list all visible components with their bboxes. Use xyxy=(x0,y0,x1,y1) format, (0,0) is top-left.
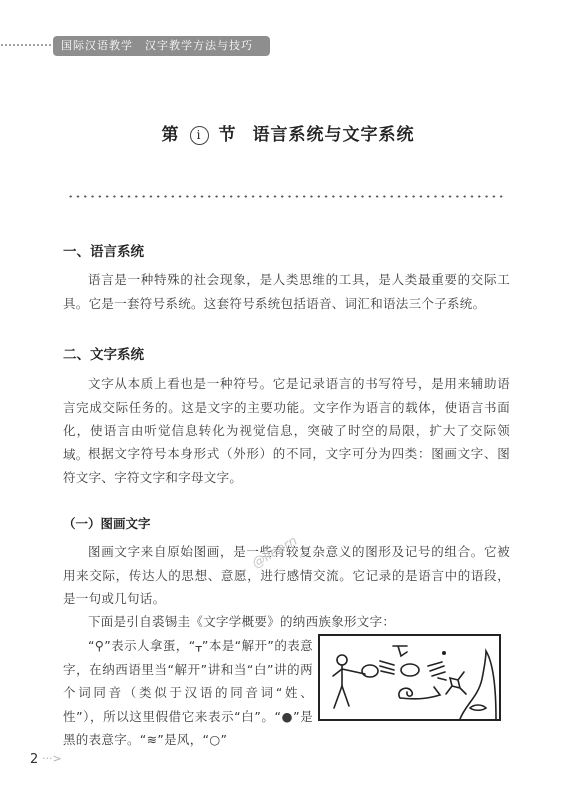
chapter-prefix: 第 xyxy=(162,125,180,145)
page-number: 2 xyxy=(30,752,38,767)
naxi-pictograph-figure xyxy=(318,634,501,721)
header-dotted-leader xyxy=(0,44,52,46)
next-page-arrow-icon: ···> xyxy=(42,752,62,765)
chapter-title: 第i节语言系统与文字系统 xyxy=(0,120,576,145)
running-header: 国际汉语教学汉字教学方法与技巧 xyxy=(53,36,270,56)
section-heading: 一、语言系统 xyxy=(63,240,144,260)
paragraph: 下面是引自裘锡圭《文字学概要》的纳西族象形文字： xyxy=(63,610,510,634)
chapter-suffix: 节 xyxy=(219,125,237,145)
pictograph-illustration xyxy=(320,636,499,719)
paragraph: “⚲”表示人拿蛋，“ᚁ”本是“解开”的表意字，在纳西语里当“解开”讲和当“白”讲… xyxy=(63,634,313,752)
subsection-heading: （一）图画文字 xyxy=(63,514,151,532)
running-header-book: 国际汉语教学 xyxy=(61,39,133,52)
paragraph: 根据文字符号本身形式（外形）的不同，文字可分为四类：图画文字、图符文字、字符文字… xyxy=(63,442,510,489)
chapter-heading-text: 语言系统与文字系统 xyxy=(253,125,415,145)
dotted-divider xyxy=(67,195,503,198)
section-heading: 二、文字系统 xyxy=(63,343,144,363)
running-header-subtitle: 汉字教学方法与技巧 xyxy=(145,39,253,52)
chapter-number-circled: i xyxy=(190,126,209,145)
paragraph: 语言是一种特殊的社会现象，是人类思维的工具，是人类最重要的交际工具。它是一套符号… xyxy=(63,268,510,315)
